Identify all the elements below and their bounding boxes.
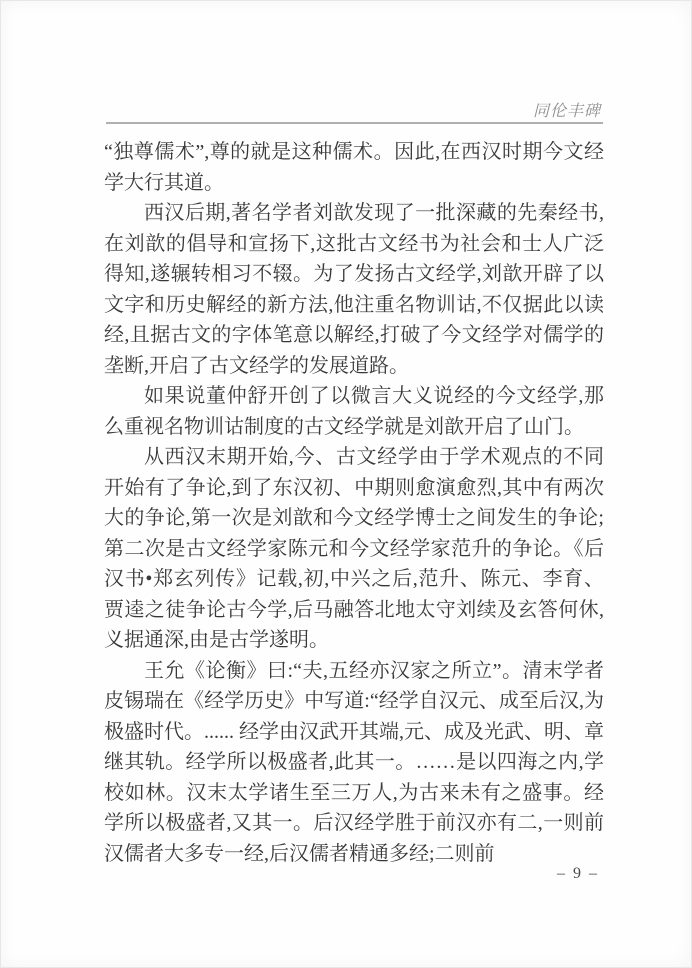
body-paragraph-1: “独尊儒术”,尊的就是这种儒术。因此,在西汉时期今文经学大行其道。 bbox=[104, 137, 604, 198]
body-paragraph-5: 王允《论衡》曰:“夫,五经亦汉家之所立”。清末学者皮锡瑞在《经学历史》中写道:“… bbox=[104, 656, 604, 870]
running-head: 同伦丰碑 bbox=[533, 98, 601, 121]
page-body: “独尊儒术”,尊的就是这种儒术。因此,在西汉时期今文经学大行其道。 西汉后期,著… bbox=[104, 137, 604, 869]
book-page: 同伦丰碑 “独尊儒术”,尊的就是这种儒术。因此,在西汉时期今文经学大行其道。 西… bbox=[0, 0, 692, 968]
page-number: – 9 – bbox=[557, 865, 599, 883]
body-paragraph-3: 如果说董仲舒开创了以微言大义说经的今文经学,那么重视名物训诂制度的古文经学就是刘… bbox=[104, 381, 604, 442]
body-paragraph-2: 西汉后期,著名学者刘歆发现了一批深藏的先秦经书,在刘歆的倡导和宣扬下,这批古文经… bbox=[104, 198, 604, 381]
body-paragraph-4: 从西汉末期开始,今、古文经学由于学术观点的不同开始有了争论,到了东汉初、中期则愈… bbox=[104, 442, 604, 656]
header-rule bbox=[106, 122, 603, 124]
